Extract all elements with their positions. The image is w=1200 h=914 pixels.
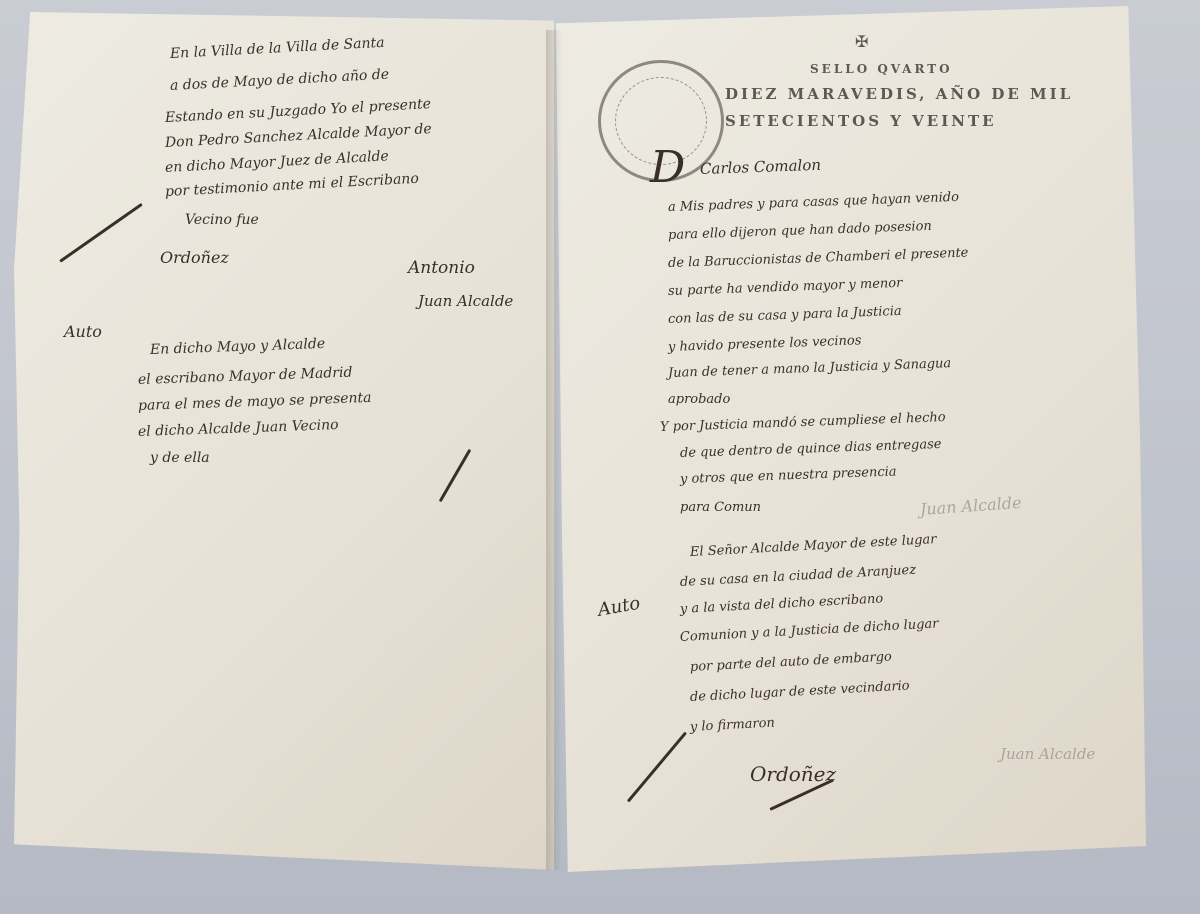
manuscript-line: Vecino fue (185, 212, 259, 228)
signature: Juan Alcalde (1000, 745, 1095, 763)
signature: Antonio (408, 258, 475, 278)
signature: Ordoñez (160, 248, 229, 267)
stamp-header-line-1: DIEZ MARAVEDIS, AÑO DE MIL (725, 85, 1073, 103)
book-gutter (546, 30, 562, 870)
stamp-header-line-0: SELLO QVARTO (810, 62, 953, 76)
decorated-initial: D (650, 142, 685, 193)
margin-note: Auto (64, 322, 102, 341)
stamp-header-line-2: SETECIENTOS Y VEINTE (725, 112, 997, 130)
manuscript-line: y de ella (150, 450, 210, 466)
cross-ornament-icon: ✠ (855, 32, 868, 51)
manuscript-line: para Comun (680, 500, 761, 515)
manuscript-line: aprobado (668, 392, 730, 407)
signature: Juan Alcalde (418, 292, 513, 310)
